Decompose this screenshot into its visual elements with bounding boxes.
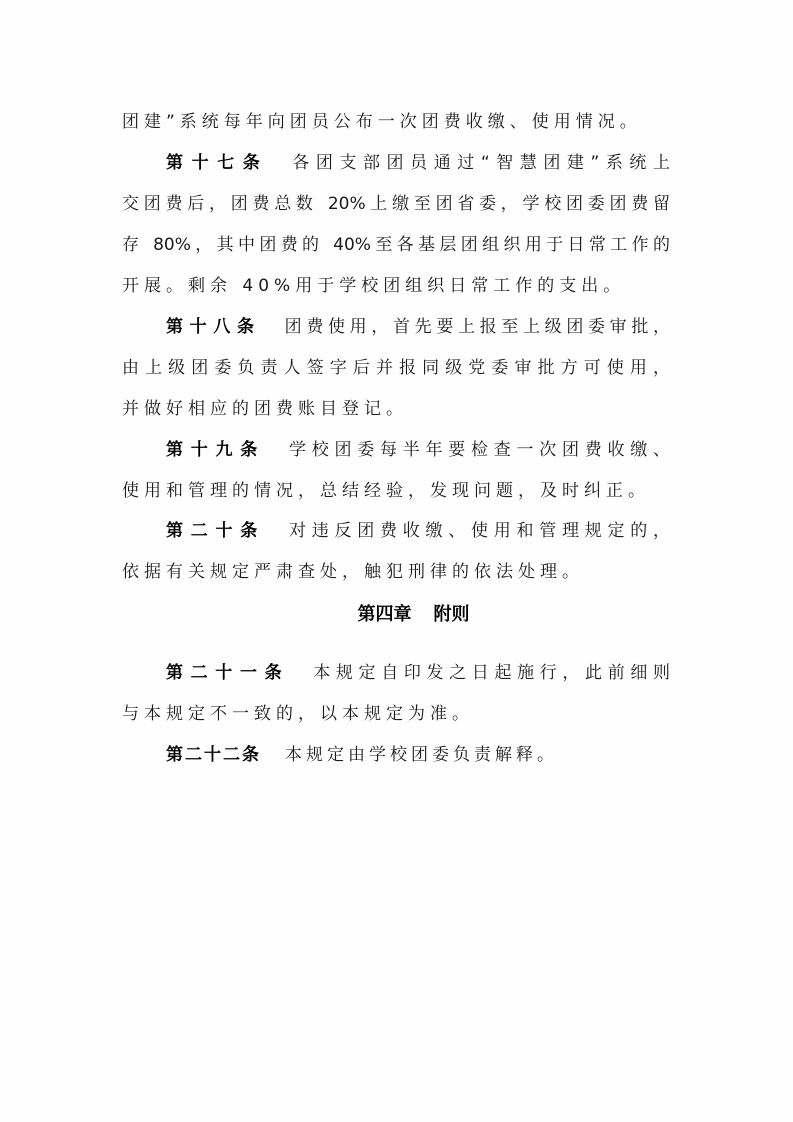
article-label: 第二十条 xyxy=(166,521,265,541)
article-label: 第十九条 xyxy=(166,440,265,460)
document-page: 团建”系统每年向团员公布一次团费收缴、使用情况。 第十七条各团支部团员通过“智慧… xyxy=(0,0,793,1122)
article-text: 对违反团费收缴、使用和管理规定的， xyxy=(289,521,670,541)
paragraph-continuation: 团建”系统每年向团员公布一次团费收缴、使用情况。 xyxy=(122,109,670,135)
article-text: 本规定自印发之日起施行，此前细则 xyxy=(313,663,670,683)
article-label: 第十八条 xyxy=(166,317,261,337)
chapter-number: 第四章 xyxy=(358,604,412,625)
article-text-line: 交团费后，团费总数 20%上缴至团省委，学校团委团费留 xyxy=(122,191,670,217)
article-label: 第十七条 xyxy=(166,153,268,173)
article-label: 第二十一条 xyxy=(166,663,289,683)
article-21: 第二十一条本规定自印发之日起施行，此前细则 xyxy=(166,660,670,686)
article-17: 第十七条各团支部团员通过“智慧团建”系统上 xyxy=(166,150,670,176)
article-text: 团费使用，首先要上报至上级团委审批， xyxy=(285,317,670,337)
article-18: 第十八条团费使用，首先要上报至上级团委审批， xyxy=(166,314,670,340)
article-text-line: 由上级团委负责人签字后并报同级党委审批方可使用， xyxy=(122,355,670,381)
article-22: 第二十二条本规定由学校团委负责解释。 xyxy=(166,742,670,768)
article-text: 各团支部团员通过“智慧团建”系统上 xyxy=(292,153,670,173)
chapter-title: 附则 xyxy=(434,604,470,625)
chapter-heading: 第四章附则 xyxy=(0,600,793,626)
article-label: 第二十二条 xyxy=(166,745,261,765)
article-text-line: 使用和管理的情况，总结经验，发现问题，及时纠正。 xyxy=(122,478,670,504)
article-20: 第二十条对违反团费收缴、使用和管理规定的， xyxy=(166,518,670,544)
article-19: 第十九条学校团委每半年要检查一次团费收缴、 xyxy=(166,437,670,463)
article-text: 本规定由学校团委负责解释。 xyxy=(285,745,558,765)
article-text: 学校团委每半年要检查一次团费收缴、 xyxy=(289,440,670,460)
article-text-line: 存 80%，其中团费的 40%至各基层团组织用于日常工作的 xyxy=(122,232,670,258)
article-text-line: 并做好相应的团费账目登记。 xyxy=(122,396,670,422)
article-text-line: 与本规定不一致的，以本规定为准。 xyxy=(122,701,670,727)
article-text-line: 依据有关规定严肃查处，触犯刑律的依法处理。 xyxy=(122,559,670,585)
article-text-line: 开展。剩余 40%用于学校团组织日常工作的支出。 xyxy=(122,273,670,299)
